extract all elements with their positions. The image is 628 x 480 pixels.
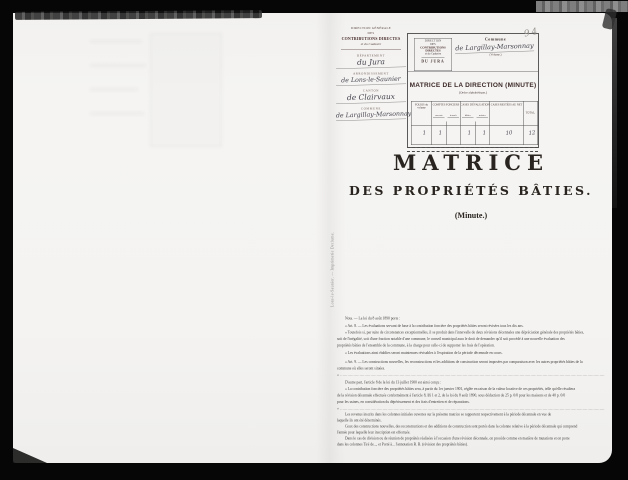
legal-dotted-line: « ......................................… [337,372,605,379]
legal-line: propriétés bâties de l'ensemble de la co… [337,342,605,349]
legal-line: dans les colonnes Tiré de..., et Porté à… [337,442,605,448]
table-grid [432,102,433,145]
box-commune-value-handwritten: de Largillay-Marsonnay [455,42,534,54]
printer-imprint: Lons-le-Saunier. — Imprimerie Declume. [330,232,334,307]
commune-value-handwritten: de Largillay-Marsonnay [336,110,406,120]
col-comptes: COMPTES FONCIERS [432,104,461,107]
corner-du-jura: DU JURA [415,59,452,63]
page-title: MATRICE [337,150,605,175]
frame-divider [408,71,538,72]
table-grid [490,102,491,145]
table-grid [461,102,462,145]
legal-line: Nota. — La loi du 8 août 1890 porte : [337,315,605,322]
stamp-des: DES [336,32,406,35]
page-stack-edge-top [15,10,262,20]
stamp-contributions-directes: CONTRIBUTIONS DIRECTES [336,37,406,41]
page-stack-edge-right [612,18,617,208]
page-subtitle: DES PROPRIÉTÉS BÂTIES. [337,183,605,198]
direction-minute-box: DIRECTION DES CONTRIBUTIONS DIRECTES et … [407,33,539,148]
ghost-line [90,40,142,43]
bleed-through-ghost [88,30,222,152]
value-handwritten: 1 [438,129,442,136]
subcol-mixtes: mixtes [477,115,489,118]
corner-rule [422,57,445,58]
value-handwritten: 1 [467,129,471,136]
col-restees: CASES RESTÉES AU NET [490,104,524,107]
canton-value-handwritten: de Clairvaux [336,92,406,103]
direction-corner-box: DIRECTION DES CONTRIBUTIONS DIRECTES et … [414,38,452,71]
legal-text-block: Nota. — La loi du 8 août 1890 porte : « … [337,315,605,451]
col-folios: FOLIOS du volume [412,104,432,110]
subcol-fermes: fermés [448,115,460,118]
ordre-alphabetique: (Ordre alphabétique.) [408,91,538,95]
subcol-baties: bâties [462,115,474,118]
ghost-line [90,112,144,115]
scanned-register-cover: DIRECTION GÉNÉRALE DES CONTRIBUTIONS DIR… [0,0,628,480]
statistics-table: FOLIOS du volume COMPTES FONCIERS CASES … [411,101,538,145]
minute-label: (Minute.) [337,211,605,220]
legal-line: « Les évaluations ainsi établies seront … [337,350,605,357]
arrondissement-value-handwritten: de Lons-le-Saunier [336,76,406,86]
volume-label: (Volume.) [454,54,537,57]
table-grid [524,102,525,145]
administration-stamp: DIRECTION GÉNÉRALE DES CONTRIBUTIONS DIR… [336,27,406,137]
value-handwritten: 1 [482,129,486,136]
ghost-line [90,64,146,67]
ghost-frame [150,33,222,147]
corner-cadastre: et du Cadastre [415,53,452,56]
stamp-direction-generale: DIRECTION GÉNÉRALE [336,27,406,30]
matrice-direction-heading: MATRICE DE LA DIRECTION (MINUTE) [408,81,538,89]
col-cases: CASES D'ÉVALUATION [461,104,490,107]
ghost-line [90,88,138,91]
table-grid [412,126,538,127]
stamp-cadastre: et du Cadastre [336,43,406,47]
subcol-ouverts: ouverts [433,115,445,118]
value-handwritten: 10 [505,129,513,136]
col-total: TOTAL. [524,112,538,115]
stamp-rule [341,50,401,51]
department-value-handwritten: du Jura [336,58,406,69]
commune-area: Commune de Largillay-Marsonnay (Volume.) [454,37,537,57]
value-handwritten: 12 [528,129,536,136]
value-handwritten: 1 [422,129,426,136]
